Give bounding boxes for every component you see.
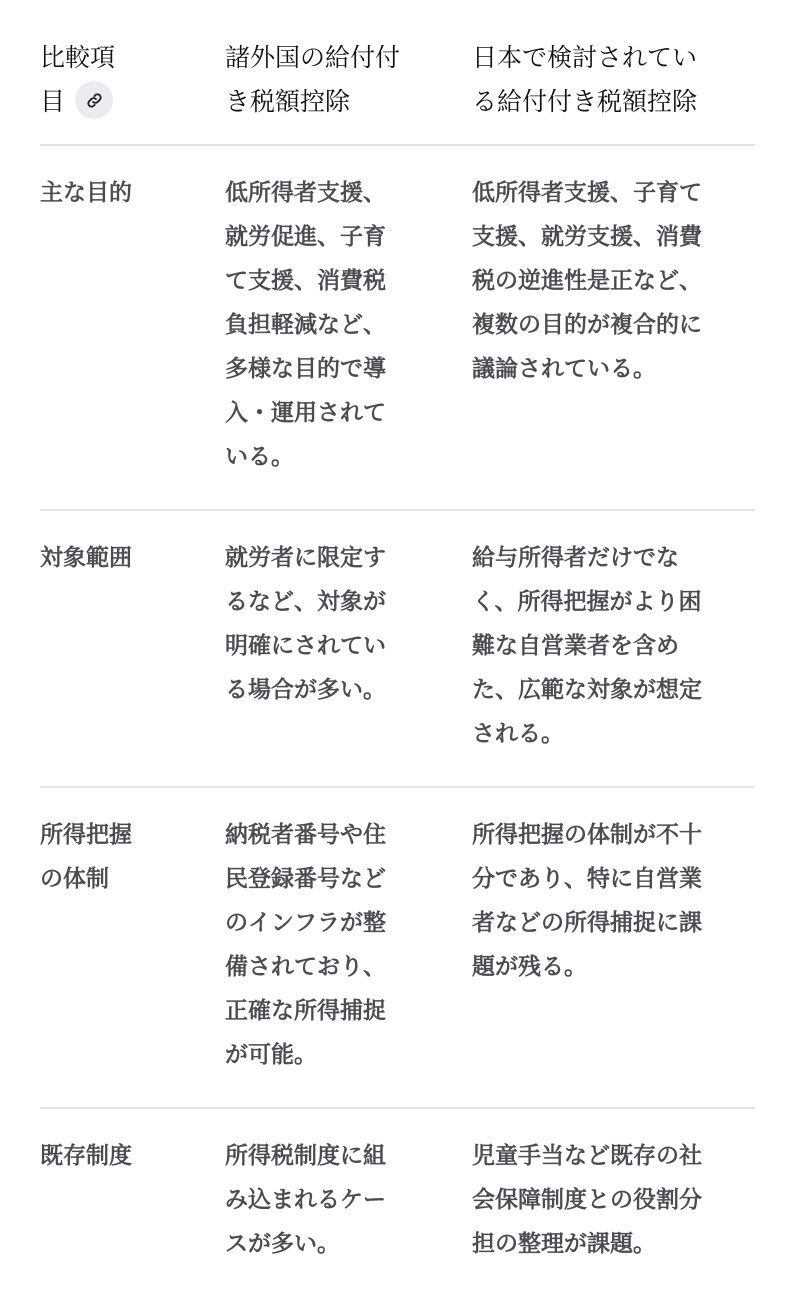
foreign-text: 就労者に限定す るなど、対象が 明確にされてい る場合が多い。	[225, 545, 386, 703]
row-item-label: 所得把握 の体制	[40, 822, 132, 892]
row-item-cell: 対象範囲	[40, 536, 192, 756]
foreign-cell: 納税者番号や住 民登録番号など のインフラが整 備されており、 正確な所得捕捉 …	[192, 813, 442, 1077]
header-label: 諸外国の給付付 き税額控除	[225, 43, 400, 116]
table-row: 所得把握 の体制 納税者番号や住 民登録番号など のインフラが整 備されており、…	[40, 788, 755, 1109]
row-item-label: 対象範囲	[40, 545, 132, 571]
foreign-text: 所得税制度に組 み込まれるケー スが多い。	[225, 1143, 386, 1199]
table-row: 既存制度 所得税制度に組 み込まれるケー スが多い。 児童手当など既存の社 会保…	[40, 1109, 755, 1199]
japan-cell: 児童手当など既存の社 会保障制度との役割分 担の整理が課題。	[442, 1134, 755, 1199]
header-label: 日本で検討されてい る給付付き税額控除	[472, 43, 697, 116]
row-item-label: 既存制度	[40, 1143, 132, 1169]
japan-cell: 所得把握の体制が不十 分であり、特に自営業 者などの所得捕捉に課 題が残る。	[442, 813, 755, 1077]
foreign-cell: 就労者に限定す るなど、対象が 明確にされてい る場合が多い。	[192, 536, 442, 756]
foreign-text: 納税者番号や住 民登録番号など のインフラが整 備されており、 正確な所得捕捉 …	[225, 822, 386, 1068]
row-item-cell: 既存制度	[40, 1134, 192, 1199]
foreign-text: 低所得者支援、 就労促進、子育 て支援、消費税 負担軽減など、 多様な目的で導 …	[225, 180, 386, 470]
row-item-cell: 所得把握 の体制	[40, 813, 192, 1077]
header-cell-japan: 日本で検討されてい る給付付き税額控除	[442, 36, 755, 124]
comparison-table: 比較項 目 諸外国の給付付 き税額控除 日本で検討されてい る給付付き税額控除 …	[40, 36, 755, 1199]
table-row: 対象範囲 就労者に限定す るなど、対象が 明確にされてい る場合が多い。 給与所…	[40, 511, 755, 788]
foreign-cell: 低所得者支援、 就労促進、子育 て支援、消費税 負担軽減など、 多様な目的で導 …	[192, 171, 442, 479]
japan-text: 児童手当など既存の社 会保障制度との役割分 担の整理が課題。	[472, 1143, 702, 1199]
header-cell-item: 比較項 目	[40, 36, 192, 124]
japan-text: 低所得者支援、子育て 支援、就労支援、消費 税の逆進性是正など、 複数の目的が複…	[472, 180, 702, 382]
row-item-cell: 主な目的	[40, 171, 192, 479]
table-row: 主な目的 低所得者支援、 就労促進、子育 て支援、消費税 負担軽減など、 多様な…	[40, 146, 755, 511]
japan-cell: 給与所得者だけでな く、所得把握がより困 難な自営業者を含め た、広範な対象が想…	[442, 536, 755, 756]
japan-cell: 低所得者支援、子育て 支援、就労支援、消費 税の逆進性是正など、 複数の目的が複…	[442, 171, 755, 479]
link-icon[interactable]	[75, 81, 113, 119]
header-cell-foreign: 諸外国の給付付 き税額控除	[192, 36, 442, 124]
row-item-label: 主な目的	[40, 180, 132, 206]
japan-text: 給与所得者だけでな く、所得把握がより困 難な自営業者を含め た、広範な対象が想…	[472, 545, 702, 747]
japan-text: 所得把握の体制が不十 分であり、特に自営業 者などの所得捕捉に課 題が残る。	[472, 822, 702, 980]
table-header-row: 比較項 目 諸外国の給付付 き税額控除 日本で検討されてい る給付付き税額控除	[40, 36, 755, 146]
foreign-cell: 所得税制度に組 み込まれるケー スが多い。	[192, 1134, 442, 1199]
